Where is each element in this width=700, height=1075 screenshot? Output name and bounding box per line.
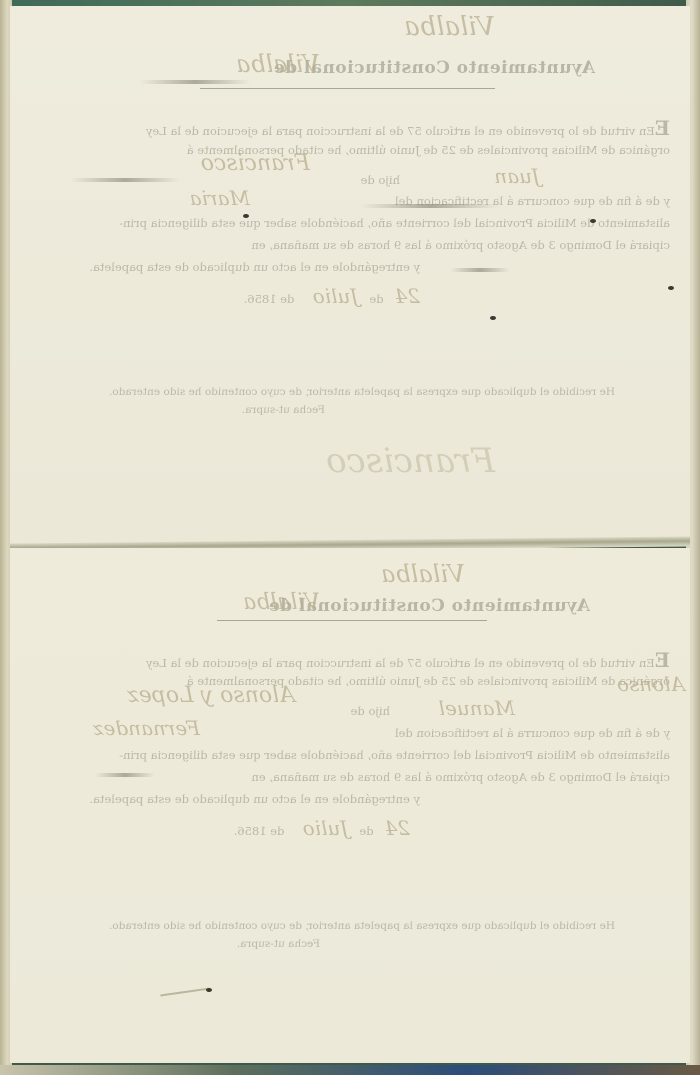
lower-form-sheet: Vilalba Ayuntamiento Constitucional de V…	[10, 548, 690, 1063]
handwritten-place-above: Vilalba	[381, 560, 465, 588]
body-line-7: y entregándole en el acto un duplicado d…	[89, 260, 420, 274]
receipt-line: He recibido el duplicado que expresa la …	[109, 920, 615, 932]
handwritten-month: Julio	[303, 816, 349, 840]
receipt-line: He recibido el duplicado que expresa la …	[109, 386, 615, 398]
handwritten-father: Manuel	[439, 696, 515, 720]
handwritten-place-above: Vilalba	[404, 12, 495, 42]
mirrored-content-upper: Vilalba Ayuntamiento Constitucional de V…	[10, 6, 690, 546]
receipt-date: Fecha ut-supra.	[237, 938, 320, 950]
heading-underline	[200, 88, 495, 89]
ink-blot	[206, 988, 212, 992]
drop-cap: E	[655, 116, 670, 140]
date-line: 24 de Julio de 1856.	[234, 816, 410, 840]
body-line-1: EEn virtud de lo prevenido en el artícul…	[146, 116, 670, 140]
ink-smudge	[360, 204, 500, 208]
ink-blot	[243, 214, 249, 218]
upper-form-sheet: Vilalba Ayuntamiento Constitucional de V…	[10, 6, 690, 546]
ink-smudge	[95, 773, 155, 777]
handwritten-day: 24	[395, 284, 420, 308]
body-line-5: alistamiento de Milicia Provincial del c…	[119, 748, 670, 762]
ink-smudge	[70, 178, 180, 182]
handwritten-month: Julio	[313, 284, 359, 308]
drop-cap: E	[655, 648, 670, 672]
handwritten-mother: Maria	[190, 186, 250, 210]
body-line-6: cipiará el Domingo 3 de Agosto próximo á…	[251, 770, 670, 784]
handwritten-name: Alonso y Lopez	[127, 683, 295, 708]
body-line-3: hijo de	[351, 704, 390, 718]
signature: Francisco	[326, 441, 495, 481]
mirrored-content-lower: Vilalba Ayuntamiento Constitucional de V…	[10, 548, 690, 1063]
body-line-4: y de á fin de que concurra á la rectific…	[395, 726, 670, 740]
body-line-1: EEn virtud de lo prevenido en el artícul…	[146, 648, 670, 672]
handwritten-mother: Fernandez	[93, 716, 200, 740]
handwritten-father: Juan	[494, 164, 540, 188]
ink-smudge	[450, 268, 510, 272]
handwritten-day: 24	[385, 816, 410, 840]
form-heading: Ayuntamiento Constitucional de	[273, 58, 595, 78]
body-line-7: y entregándole en el acto un duplicado d…	[89, 792, 420, 806]
ink-blot	[668, 286, 674, 290]
handwritten-municipality: Vilalba	[236, 50, 320, 78]
ink-smudge	[140, 80, 250, 84]
book-cover-edge-bottom	[0, 1065, 700, 1075]
ink-blot	[490, 316, 496, 320]
body-line-3: hijo de	[361, 173, 400, 187]
heading-underline	[217, 620, 487, 621]
ink-blot	[590, 219, 596, 223]
handwritten-surname: Alonso	[617, 672, 685, 696]
body-line-5: alistamiento de Milicia Provincial del c…	[119, 216, 670, 230]
handwritten-name: Francisco	[201, 151, 310, 176]
date-line: 24 de Julio de 1856.	[244, 284, 420, 308]
receipt-date: Fecha ut-supra.	[242, 404, 325, 416]
body-line-6: cipiará el Domingo 3 de Agosto próximo á…	[251, 238, 670, 252]
handwritten-municipality: Vilalba	[243, 590, 320, 615]
